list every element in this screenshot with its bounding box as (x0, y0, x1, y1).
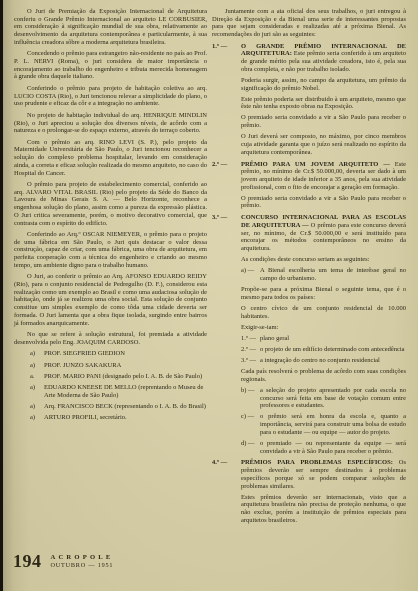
paragraph: Com o prêmio ao arq. RINO LEVI (S. P.), … (14, 139, 207, 178)
list-marker: a. (30, 373, 35, 381)
magazine-block: ACROPOLE OUTUBRO — 1951 (51, 554, 114, 569)
requirement-text: plano geral (260, 335, 289, 342)
recommendation-section: 2.º — PRÊMIO PARA UM JOVEM ARQUITETO — E… (212, 161, 406, 211)
list-marker: a) (30, 362, 35, 370)
condition-item: c) — o prêmio será em honra da escola e,… (241, 413, 406, 436)
section-paragraph: O Juri deverá ser composto, no máximo, p… (241, 133, 406, 156)
requirement-item: 1.º — plano geral (241, 335, 406, 343)
paragraph: No que se refere à solução estrutural, f… (14, 331, 207, 346)
section-lead: O GRANDE PRÊMIO INTERNACIONAL DE ARQUITE… (241, 43, 406, 74)
condition-text: o premiado — ou representante da equipe … (260, 440, 406, 455)
intro-paragraph: Juntamente com a ata oficial dos seus tr… (212, 8, 406, 39)
list-marker: a) (30, 350, 35, 358)
section-paragraph: Cada país resolverá o problema de acôrdo… (241, 368, 406, 383)
condition-text: a seleção do projeto apresentado por cad… (260, 387, 406, 409)
list-marker: d) — (241, 440, 255, 448)
requirement-text: a integração do centro no conjunto resid… (260, 357, 380, 364)
section-paragraph: Estes prêmios deverão ser internacionais… (241, 494, 406, 525)
paragraph: O Juri, ao conferir o prêmio ao Arq. AFO… (14, 273, 207, 327)
list-marker: 3.º — (241, 357, 256, 365)
condition-item: b) — a seleção do projeto apresentado po… (241, 387, 406, 410)
paragraph: No projeto de habitação individual do ar… (14, 112, 207, 135)
paragraph: O Juri de Premiação da Exposição Interna… (14, 8, 207, 47)
jury-name: PROF. JUNZO SAKAKURA (44, 362, 121, 369)
paragraph: O prêmio para projeto de estabelecimento… (14, 181, 207, 227)
section-number: 1.º — (212, 43, 227, 51)
magazine-page: O Juri de Premiação da Exposição Interna… (0, 0, 418, 591)
recommendation-section: 4.º — PRÊMIOS PARA PROBLEMAS ESPECÍFICOS… (212, 459, 406, 524)
jury-item: a) Arq. FRANCISCO BECK (representando o … (14, 403, 207, 411)
section-paragraph: Exigir-se-iam: (241, 324, 406, 332)
section-paragraph: Poderia surgir, assim, no campo da arqui… (241, 77, 406, 92)
scan-edge-shadow (0, 0, 3, 591)
section-paragraph: O premiado seria convidado a vir a São P… (241, 195, 406, 210)
issue-date: OUTUBRO — 1951 (51, 562, 114, 569)
list-marker: a) (30, 384, 35, 392)
jury-item: a) PROF. SIEGFRIED GIEDION (14, 350, 207, 358)
section-lead: PRÊMIOS PARA PROBLEMAS ESPECÍFICOS: Os p… (241, 459, 406, 490)
jury-name: PROF. SIEGFRIED GIEDION (44, 350, 125, 357)
condition-item: a) — A Bienal escolheria um tema de inte… (241, 267, 406, 282)
paragraph: Conferindo ao Arq.º OSCAR NIEMEYER, o pr… (14, 231, 207, 270)
page-footer: 194 ACROPOLE OUTUBRO — 1951 (13, 552, 113, 570)
page-number: 194 (13, 552, 42, 570)
paragraph: Conferindo o prêmio para projeto de habi… (14, 85, 207, 108)
section-lead: CONCURSO INTERNACIONAL PARA AS ESCOLAS D… (241, 214, 406, 253)
recommendation-section: 3.º — CONCURSO INTERNACIONAL PARA AS ESC… (212, 214, 406, 455)
list-marker: c) — (241, 413, 254, 421)
section-paragraph: O centro cívico de um conjunto residenci… (241, 305, 406, 320)
list-marker: b) — (241, 387, 255, 395)
condition-item: d) — o premiado — ou representante da eq… (241, 440, 406, 455)
requirement-item: 2.º — o projeto de um edifício determina… (241, 346, 406, 354)
section-paragraph: As condições deste concurso seriam as se… (241, 256, 406, 264)
jury-name: EDUARDO KNEESE DE MELLO (reprentando o M… (44, 384, 203, 399)
requirement-item: 3.º — a integração do centro no conjunto… (241, 357, 406, 365)
right-column: Juntamente com a ata oficial dos seus tr… (212, 8, 406, 529)
jury-name: PROF. MARIO PANI (designado pelo I. A. B… (44, 373, 202, 380)
section-lead: PRÊMIO PARA UM JOVEM ARQUITETO — Este pr… (241, 161, 406, 192)
section-title: PRÊMIOS PARA PROBLEMAS ESPECÍFICOS: (241, 459, 393, 466)
condition-text: A Bienal escolheria um tema de interêsse… (260, 267, 406, 282)
recommendation-section: 1.º — O GRANDE PRÊMIO INTERNACIONAL DE A… (212, 43, 406, 157)
jury-item: a) EDUARDO KNEESE DE MELLO (reprentando … (14, 384, 207, 399)
jury-name: Arq. FRANCISCO BECK (representando o I. … (44, 403, 206, 410)
list-marker: a) — (241, 267, 254, 275)
jury-item: a) PROF. JUNZO SAKAKURA (14, 362, 207, 370)
condition-text: o prêmio será em honra da escola e, quan… (260, 413, 406, 435)
list-marker: a) (30, 414, 35, 422)
section-title: PRÊMIO PARA UM JOVEM ARQUITETO — (241, 161, 390, 168)
section-paragraph: Propõe-se para a próxima Bienal o seguin… (241, 286, 406, 301)
paragraph: Concedendo o prêmio para estrangeiro não… (14, 50, 207, 81)
magazine-title: ACROPOLE (51, 554, 114, 562)
list-marker: a) (30, 403, 35, 411)
section-paragraph: Este prêmio poderia ser distribuido à um… (241, 96, 406, 111)
jury-item: a. PROF. MARIO PANI (designado pelo I. A… (14, 373, 207, 381)
jury-name: ARTURO PROFILI, secretário. (44, 414, 127, 421)
left-column: O Juri de Premiação da Exposição Interna… (14, 8, 207, 426)
section-number: 3.º — (212, 214, 227, 222)
list-marker: 1.º — (241, 335, 256, 343)
section-number: 4.º — (212, 459, 227, 467)
requirement-text: o projeto de um edifício determinado com… (260, 346, 405, 353)
jury-list: a) PROF. SIEGFRIED GIEDION a) PROF. JUNZ… (14, 350, 207, 422)
section-paragraph: O premiado seria convidado a vir a São P… (241, 114, 406, 129)
section-number: 2.º — (212, 161, 227, 169)
jury-item: a) ARTURO PROFILI, secretário. (14, 414, 207, 422)
list-marker: 2.º — (241, 346, 256, 354)
